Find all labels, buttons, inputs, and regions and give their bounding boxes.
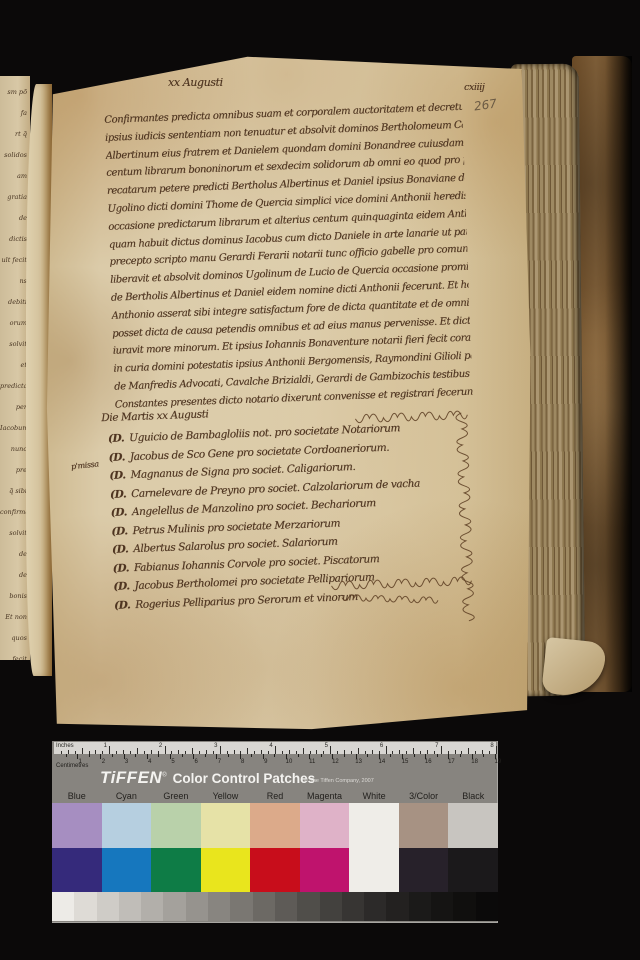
cm-tick [228,754,229,757]
grayscale-step [320,892,342,921]
inch-number: 2 [159,743,162,749]
facing-line-fragment: sm põ fa [0,82,27,124]
paragraph-mark: (D. [110,506,127,519]
paragraph-mark: (D. [108,432,125,445]
grayscale-step [364,892,386,921]
facing-line-fragment: de bonis [0,565,27,607]
facing-line-fragment: rt q̃ solidos [0,124,27,166]
grayscale-step [208,892,230,921]
grayscale-step [342,892,364,921]
patch-label: White [349,789,399,803]
solid-patch [399,848,449,893]
cm-tick [460,754,461,757]
solid-patch [151,848,201,893]
inch-tick [109,746,110,754]
solid-patch [52,848,102,893]
tiffen-logo: TiFFEN [100,768,162,787]
cm-number: 16 [425,759,432,765]
solid-patch [250,848,300,893]
cm-number: 5 [171,759,174,765]
solid-patch [448,848,498,893]
patch-label: Yellow [201,789,251,803]
cm-tick [112,754,113,757]
facing-line-fragment: ult fecit [0,250,27,271]
facing-line-fragment: et predicta [0,355,27,397]
patch-label: Green [151,789,201,803]
color-calibration-card: Inches 12345678 Centimetres 123456789101… [52,741,498,923]
paragraph-mark: (D. [110,488,127,501]
paragraph-mark: (D. [108,451,125,464]
facing-line-fragment: q̃ sibi [0,481,27,502]
paragraph-mark: (D. [112,543,129,556]
cm-number: 7 [218,759,221,765]
pastel-patch [399,803,449,848]
cm-number: 6 [195,759,198,765]
cm-number: 14 [378,759,385,765]
registered-trademark-icon: ® [162,773,166,779]
paragraph-mark: (D. [114,599,131,612]
paragraph: Confirmantes predicta omnibus suam et co… [104,99,473,414]
card-title-text: Color Control Patches [173,771,316,786]
inch-tick [441,746,442,754]
centimetres-label: Centimetres [56,763,88,769]
pastel-patch [201,803,251,848]
cm-number: 11 [309,759,315,765]
pastel-patch [151,803,201,848]
patch-labels-row: BlueCyanGreenYellowRedMagentaWhite3/Colo… [52,789,498,803]
pastel-patch [300,803,350,848]
facing-line-fragment: ns debiti [0,271,27,313]
white-patch [349,803,399,892]
paragraph-mark: (D. [109,469,126,482]
solid-patch [102,848,152,893]
inches-label: Inches [56,743,74,749]
recto-manuscript-page: xx Augusti cxiiij 267 Confirmantes predi… [40,54,534,736]
grayscale-step [119,892,141,921]
inch-number: 5 [325,743,328,749]
solid-patch [300,848,350,893]
patch-label: 3/Color [399,789,449,803]
facing-line-fragment: am gratia [0,166,27,208]
grayscale-step [163,892,185,921]
grayscale-step [386,892,408,921]
cm-tick [344,754,345,757]
cm-number: 8 [241,759,244,765]
grayscale-step [453,892,475,921]
grayscale-step [253,892,275,921]
inch-tick [330,746,331,754]
cm-tick [367,754,368,757]
facing-line-fragment: confirmat [0,502,27,523]
facing-line-fragment: Et non [0,607,27,628]
pastel-patch [448,803,498,848]
inch-number: 6 [380,743,383,749]
facing-line-fragment: quos fecit [0,628,27,660]
paragraph-mark: (D. [113,562,130,575]
cm-number: 3 [125,759,128,765]
inch-tick [496,746,497,754]
section-heading-date: Die Martis xx Augusti [101,408,209,424]
grayscale-step [476,892,498,921]
grayscale-step-wedge [52,892,498,921]
patch-label: Blue [52,789,102,803]
cm-number: 2 [102,759,105,765]
grayscale-step [297,892,319,921]
cm-number: 13 [355,759,362,765]
pastel-patch [52,803,102,848]
grayscale-step [275,892,297,921]
paragraph-mark: (D. [113,580,130,593]
cm-tick [158,754,159,757]
margin-note: p'missa [71,459,99,471]
cm-number: 17 [448,759,455,765]
grayscale-step [141,892,163,921]
grayscale-step [230,892,252,921]
patch-label: Cyan [102,789,152,803]
cm-tick [205,754,206,757]
cm-tick [390,754,391,757]
manuscript-text-body: Confirmantes predicta omnibus suam et co… [30,44,549,744]
grayscale-step [97,892,119,921]
cm-tick [414,754,415,757]
patch-label: Black [448,789,498,803]
card-title: TiFFEN®Color Control Patches [100,768,315,790]
cm-number: 10 [286,759,293,765]
facing-line-fragment: nunc pre [0,439,27,481]
grayscale-step [409,892,431,921]
inches-ruler: Inches 12345678 [54,742,496,754]
facing-line-fragment: orum solvit [0,313,27,355]
inch-number: 1 [104,743,107,749]
cm-tick [182,754,183,757]
photograph-stage: sm põ fart q̃ solidosam gratiade dictisu… [0,0,640,960]
cm-tick [66,754,67,757]
grayscale-step [186,892,208,921]
cm-tick [274,754,275,757]
copyright-notice: © The Tiffen Company, 2007 [304,778,374,784]
cm-number: 15 [402,759,409,765]
color-patch-grid [52,803,498,892]
cm-number: 9 [264,759,267,765]
pastel-patch [250,803,300,848]
inch-number: 7 [435,743,438,749]
cm-tick [437,754,438,757]
inch-tick [386,746,387,754]
cm-number: 1 [79,759,82,765]
solid-patch [201,848,251,893]
patch-label: Magenta [300,789,350,803]
cm-number: 4 [148,759,151,765]
grayscale-step [74,892,96,921]
cm-tick [298,754,299,757]
inch-tick [165,746,166,754]
cm-tick [483,754,484,757]
facing-line-fragment: de dictis [0,208,27,250]
inch-tick [275,746,276,754]
inch-tick [220,746,221,754]
paragraph-mark: (D. [111,525,128,538]
inch-number: 8 [490,743,493,749]
cm-number: 19 [494,759,501,765]
cm-tick [251,754,252,757]
cm-tick [321,754,322,757]
facing-line-fragment: solvit de [0,523,27,565]
inch-number: 4 [269,743,272,749]
cm-number: 12 [332,759,339,765]
facing-line-fragment: per Iacobum [0,397,27,439]
grayscale-step [52,892,74,921]
pastel-patch [102,803,152,848]
grayscale-step [431,892,453,921]
inch-number: 3 [214,743,217,749]
cm-tick [135,754,136,757]
penwork-flourish-border [275,398,493,636]
patch-label: Red [250,789,300,803]
cm-number: 18 [471,759,478,765]
cm-tick [89,754,90,757]
